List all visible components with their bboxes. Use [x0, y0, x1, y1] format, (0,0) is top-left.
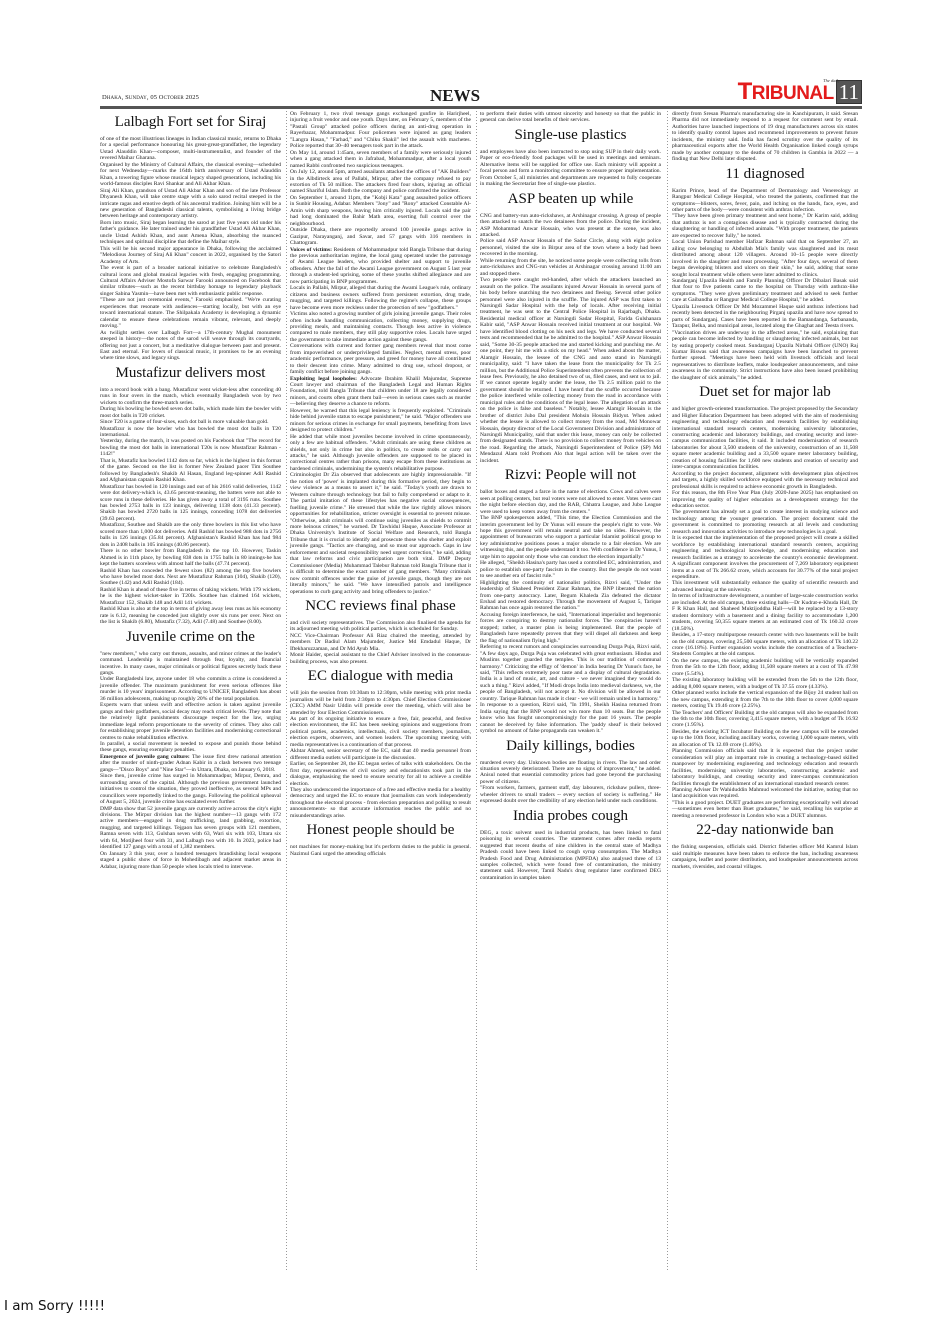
- column-divider: [286, 111, 287, 1271]
- article-paragraph: murdered every day. Unknown bodies are f…: [480, 760, 661, 786]
- article-paragraph: On January 3 this year, over a hundred t…: [100, 851, 281, 870]
- article-headline: Honest people should be: [290, 822, 471, 839]
- paragraph-text: Victims also noted a growing number of g…: [290, 311, 471, 343]
- paragraph-text: During his bowling he bowled seven dot b…: [100, 406, 281, 418]
- paragraph-text: CNG and battery-run auto-rickshaws, at A…: [480, 213, 661, 238]
- paragraph-text: On September 1, around 11pm, the "Kobji …: [290, 195, 471, 227]
- article-paragraph: Mustafizur has bowled in 120 innings and…: [100, 484, 281, 523]
- paragraph-text: The Teachers' and Officers' Building at …: [672, 710, 858, 729]
- article-paragraph: "From workers, farmers, garment staff, d…: [480, 785, 661, 804]
- article-paragraph: and civil society representatives. The C…: [290, 620, 471, 633]
- article-paragraph: The existing laboratory building will be…: [672, 677, 858, 690]
- article-paragraph: As part of its ongoing initiative to ens…: [290, 716, 471, 748]
- paragraph-text: Criminologist Dr Zia observed that adole…: [290, 472, 471, 594]
- article-paragraph: Planning Adviser Dr Wahiduddin Mahmud we…: [672, 787, 858, 800]
- paragraph-text: "Vaccination drives are underway in the …: [672, 330, 858, 381]
- logo-rest: RIBUNAL: [752, 83, 834, 104]
- paragraph-text: the fishing suspension, officials said. …: [672, 844, 858, 869]
- article-paragraph: Locals in Pallabi, Mirpur, alleged that …: [290, 285, 471, 311]
- paragraph-text: On February 1, two rival teenage gangs e…: [290, 111, 471, 149]
- logo-tagline: The daily: [823, 78, 840, 83]
- paragraph-text: Organised by the Ministry of Cultural Af…: [100, 162, 281, 187]
- header-rule: [100, 106, 862, 109]
- article-paragraph: The Teachers' and Officers' Building at …: [672, 710, 858, 729]
- paragraph-text: On January 3 this year, over a hundred t…: [100, 851, 281, 870]
- article-paragraph: This investment will substantially enhan…: [672, 580, 858, 593]
- article-paragraph: Karim Prince, head of the Department of …: [672, 188, 858, 214]
- paragraph-text: Rashid Khan is ahead of these five in te…: [100, 587, 281, 606]
- paragraph-text: NCC Vice-Chairman Professor Ali Riaz cha…: [290, 633, 471, 652]
- article-paragraph: "This is a good project. DUET graduates …: [672, 800, 858, 819]
- paragraph-text: Outside Dhaka, there are reportedly arou…: [290, 227, 471, 246]
- article-paragraph: In parallel, a social movement is needed…: [100, 741, 281, 754]
- article-paragraph: Mustafizur, Southee and Shakib are the o…: [100, 522, 281, 548]
- paragraph-text: The government has already set a goal to…: [672, 509, 858, 534]
- column-1: Lalbagh Fort set for Sirajof one of the …: [100, 111, 281, 870]
- article-paragraph: Besides, a 17-story multipurpose researc…: [672, 632, 858, 658]
- column-2: On February 1, two rival teenage gangs e…: [290, 111, 471, 857]
- article-headline: Mustafizur delivers most: [100, 365, 281, 382]
- paragraph-text: "new members," who carry out threats, as…: [100, 651, 281, 676]
- paragraph-text: Referring to recent rumors and conspirac…: [480, 644, 661, 734]
- paragraph-text: Experts warn that unless swift and effec…: [100, 702, 281, 740]
- article-paragraph: The government has already set a goal to…: [672, 509, 858, 535]
- paragraph-text: Police said ASP Anwar Hossain of the Sad…: [480, 238, 661, 257]
- paragraph-text: Yesterday, during the match, it was post…: [100, 438, 281, 457]
- paragraph-text: He alleged, "Sheikh Hasina's party has u…: [480, 560, 661, 579]
- article-paragraph: Since then, juvenile crime has surged in…: [100, 773, 281, 805]
- article-headline: ASP beaten up while: [480, 191, 661, 208]
- column-divider: [667, 111, 668, 1271]
- paragraph-text: and employees have also been instructed …: [480, 149, 661, 187]
- article-paragraph: directly from Sresan Pharma's manufactur…: [672, 111, 858, 163]
- logo-initial: T: [738, 78, 752, 105]
- article-paragraph: to perform their duties with utmost sinc…: [480, 111, 661, 124]
- article-paragraph: On September 1, around 11pm, the "Kobji …: [290, 195, 471, 227]
- article-paragraph: Criminologist Dr Zia observed that adole…: [290, 472, 471, 595]
- article-paragraph: On July 12, around 5pm, armed assailants…: [290, 169, 471, 195]
- paragraph-text: Rashid Khan has conceded the fewest sixe…: [100, 568, 281, 587]
- paragraph-text: They also underscored the importance of …: [290, 787, 471, 819]
- paragraph-text: Locals in Pallabi, Mirpur, alleged that …: [290, 285, 471, 310]
- paragraph-text: Mustafizur is now the bowler who has bow…: [100, 426, 281, 438]
- paragraph-text: On July 12, around 5pm, armed assailants…: [290, 169, 471, 194]
- paragraph-text: Rashid Khan is also at the top in terms …: [100, 606, 281, 625]
- paragraph-text: Besides, a 17-story multipurpose researc…: [672, 632, 858, 657]
- article-headline: Lalbagh Fort set for Siraj: [100, 114, 281, 131]
- article-paragraph: On February 1, two rival teenage gangs e…: [290, 111, 471, 150]
- article-paragraph: On the new campus, the existing academic…: [672, 658, 858, 677]
- paragraph-text: Under Bangladeshi law, anyone under 18 w…: [100, 676, 281, 701]
- article-headline: NCC reviews final phase: [290, 598, 471, 615]
- article-paragraph: Mustafizur is now the bowler who has bow…: [100, 426, 281, 439]
- article-paragraph: There is no other bowler from Bangladesh…: [100, 548, 281, 567]
- paragraph-text: Two people were caught red-handed, after…: [480, 277, 661, 464]
- article-paragraph: not machines for money-making but it's p…: [290, 844, 471, 857]
- paragraph-text: Local Union Parishad member Hafizar Rahm…: [672, 239, 858, 277]
- paragraph-text: "This is a good project. DUET graduates …: [672, 800, 858, 819]
- paragraph-text: DEG, a toxic solvent used in industrial …: [480, 830, 661, 881]
- article-paragraph: NCC Vice-Chairman Professor Ali Riaz cha…: [290, 633, 471, 652]
- article-paragraph: They also underscored the importance of …: [290, 787, 471, 819]
- paragraph-text: The BNP spokesperson added, "This time, …: [480, 515, 661, 560]
- paragraph-text: According to the project document, align…: [672, 471, 858, 490]
- article-paragraph: Outside Dhaka, there are reportedly arou…: [290, 227, 471, 246]
- article-paragraph: "They have been given primary treatment …: [672, 213, 858, 239]
- article-paragraph: Sundarganj Upazila Health and Family Pla…: [672, 278, 858, 304]
- article-paragraph: Highlighting the continuity of nationali…: [480, 580, 661, 612]
- article-paragraph: will join the session from 10:30am to 12…: [290, 690, 471, 716]
- paragraph-text: This will be his second major appearance…: [100, 246, 281, 265]
- tribunal-logo: The daily TRIBUNAL 11: [738, 80, 862, 104]
- paragraph-text: He added that while most juveniles becom…: [290, 434, 471, 472]
- paragraph-text: Siraj Ali Khan, grandson of Ustad Ali Ak…: [100, 188, 281, 220]
- paragraph-text: and higher growth-oriented transformatio…: [672, 406, 858, 470]
- article-paragraph: DEG, a toxic solvent used in industrial …: [480, 830, 661, 882]
- logo-wordmark: TRIBUNAL: [738, 81, 834, 104]
- article-paragraph: and higher growth-oriented transformatio…: [672, 406, 858, 471]
- article-paragraph: into a record book with a bang. Mustafiz…: [100, 387, 281, 406]
- article-paragraph: During his bowling he bowled seven dot b…: [100, 406, 281, 419]
- footer-note: I am Sorry !!!!!: [4, 1298, 105, 1314]
- article-paragraph: "new members," who carry out threats, as…: [100, 651, 281, 677]
- article-paragraph: However, he warned that this legal lenie…: [290, 408, 471, 434]
- article-paragraph: Yesterday, during the match, it was post…: [100, 438, 281, 457]
- paragraph-text: Since then, juvenile crime has surged in…: [100, 773, 281, 805]
- paragraph-text: Mustafizur, Southee and Shakib are the o…: [100, 522, 281, 547]
- article-paragraph: Besides, the existing ICT Incubator Buil…: [672, 729, 858, 748]
- paragraph-text: Mustafizur has bowled in 120 innings and…: [100, 484, 281, 522]
- column-divider: [476, 111, 477, 1271]
- paragraph-text: into a record book with a bang. Mustafiz…: [100, 387, 281, 406]
- paragraph-text: The event is part of a broader national …: [100, 265, 281, 297]
- article-paragraph: Akhtar Ahmed, senior secretary of the EC…: [290, 748, 471, 761]
- article-paragraph: Earlier, on September 28, the EC began s…: [290, 761, 471, 787]
- article-headline: Single-use plastics: [480, 127, 661, 144]
- paragraph-text: However, he warned that this legal lenie…: [290, 408, 471, 433]
- article-paragraph: In terms of infrastructure development, …: [672, 593, 858, 632]
- paragraph-text: The existing laboratory building will be…: [672, 677, 858, 689]
- newspaper-page: Dhaka, Sunday, 05 October 2025 NEWS The …: [100, 0, 862, 1280]
- article-headline: 22-day nationwide ban: [672, 822, 858, 839]
- paragraph-text: Akhtar Ahmed, senior secretary of the EC…: [290, 748, 471, 760]
- paragraph-text: For this reason, the 8th Five Year Plan …: [672, 490, 858, 509]
- paragraph-text: As twilight settles over Lalbagh Fort—a …: [100, 330, 281, 362]
- article-paragraph: For this reason, the 8th Five Year Plan …: [672, 490, 858, 509]
- article-paragraph: Upazila Livestock Officer Dr Md Mozammel…: [672, 304, 858, 330]
- paragraph-text: This investment will substantially enhan…: [672, 580, 858, 592]
- article-paragraph: Planning Commission officials said that …: [672, 748, 858, 787]
- paragraph-text: of one of the most illustrious lineages …: [100, 136, 281, 161]
- paragraph-text: Besides, the existing ICT Incubator Buil…: [672, 729, 858, 748]
- paragraph-text: directly from Sresan Pharma's manufactur…: [672, 111, 858, 162]
- article-paragraph: It is expected that the implementation o…: [672, 535, 858, 580]
- article-headline: EC dialogue with media: [290, 668, 471, 685]
- article-paragraph: Other planned works include the vertical…: [672, 690, 858, 709]
- paragraph-text: On May 14, around 1:45am, seven members …: [290, 150, 471, 169]
- article-paragraph: "These are not just ceremonial events," …: [100, 297, 281, 329]
- article-headline: Duet set for major lab: [672, 384, 858, 401]
- paragraph-text: murdered every day. Unknown bodies are f…: [480, 760, 661, 785]
- section-title: NEWS: [430, 86, 480, 106]
- article-headline: Juvenile crime on the: [100, 629, 281, 646]
- paragraph-text: Since T20 is a game of four-sixes, each …: [100, 419, 268, 425]
- paragraph-text: Accusing foreign interference, he said, …: [480, 612, 661, 644]
- paragraph-text: "They have been given primary treatment …: [672, 213, 858, 238]
- article-paragraph: Siraj Ali Khan, grandson of Ustad Ali Ak…: [100, 188, 281, 220]
- paragraph-lead: Voices of victims:: [290, 247, 332, 253]
- article-paragraph: Two people were caught red-handed, after…: [480, 277, 661, 464]
- paragraph-text: Upazila Livestock Officer Dr Md Mozammel…: [672, 304, 858, 329]
- article-paragraph: Victims also noted a growing number of g…: [290, 311, 471, 343]
- article-paragraph: and employees have also been instructed …: [480, 149, 661, 188]
- paragraph-text: and civil society representatives. The C…: [290, 620, 471, 632]
- paragraph-text: Planning Adviser Dr Wahiduddin Mahmud we…: [672, 787, 858, 799]
- article-paragraph: On May 14, around 1:45am, seven members …: [290, 150, 471, 169]
- paragraph-text: On the new campus, the existing academic…: [672, 658, 858, 677]
- article-paragraph: As twilight settles over Lalbagh Fort—a …: [100, 330, 281, 362]
- paragraph-text: That is, Mustafiz has bowled 1142 dots s…: [100, 458, 281, 483]
- article-paragraph: Monir Haider, special assistant to the C…: [290, 652, 471, 665]
- column-4: directly from Sresan Pharma's manufactur…: [672, 111, 858, 870]
- article-paragraph: Local Union Parishad member Hafizar Rahm…: [672, 239, 858, 278]
- paragraph-text: "From workers, farmers, garment staff, d…: [480, 785, 661, 804]
- article-paragraph: the fishing suspension, officials said. …: [672, 844, 858, 870]
- article-paragraph: Under Bangladeshi law, anyone under 18 w…: [100, 676, 281, 702]
- article-paragraph: While returning from the site, he notice…: [480, 258, 661, 277]
- paragraph-lead: Exploiting legal loopholes:: [290, 376, 357, 382]
- article-paragraph: Police said ASP Anwar Hossain of the Sad…: [480, 238, 661, 257]
- article-paragraph: Voices of victims: Residents of Mohammad…: [290, 247, 471, 286]
- paragraph-text: Karim Prince, head of the Department of …: [672, 188, 858, 213]
- article-paragraph: CNG and battery-run auto-rickshaws, at A…: [480, 213, 661, 239]
- article-paragraph: Born into music, Siraj began learning th…: [100, 220, 281, 246]
- paragraph-text: "These are not just ceremonial events," …: [100, 297, 281, 329]
- paragraph-text: ballot boxes and staged a farce in the n…: [480, 489, 661, 514]
- article-headline: Rizvi: People will not: [480, 467, 661, 484]
- paragraph-text: will join the session from 10:30am to 12…: [290, 690, 471, 715]
- paragraph-text: not machines for money-making but it's p…: [290, 844, 471, 856]
- paragraph-text: As part of its ongoing initiative to ens…: [290, 716, 471, 748]
- paragraph-text: Residents of Mohammadpur told Bangla Tri…: [290, 247, 471, 285]
- paragraph-text: Sundarganj Upazila Health and Family Pla…: [672, 278, 858, 303]
- article-paragraph: The BNP spokesperson added, "This time, …: [480, 515, 661, 560]
- dateline: Dhaka, Sunday, 05 October 2025: [102, 94, 199, 101]
- article-paragraph: The event is part of a broader national …: [100, 265, 281, 297]
- paragraph-text: Conversations with current and former ga…: [290, 343, 471, 375]
- article-headline: Daily killings, bodies: [480, 738, 661, 755]
- article-headline: 11 diagnosed: [672, 166, 858, 183]
- article-paragraph: Conversations with current and former ga…: [290, 343, 471, 375]
- article-paragraph: Accusing foreign interference, he said, …: [480, 612, 661, 644]
- paragraph-text: It is expected that the implementation o…: [672, 535, 858, 580]
- article-paragraph: This will be his second major appearance…: [100, 246, 281, 265]
- paragraph-text: While returning from the site, he notice…: [480, 258, 661, 277]
- paragraph-text: Monir Haider, special assistant to the C…: [290, 652, 471, 664]
- paragraph-text: to perform their duties with utmost sinc…: [480, 111, 661, 123]
- page-number: 11: [836, 80, 862, 104]
- article-paragraph: Rashid Khan is ahead of these five in te…: [100, 587, 281, 606]
- paragraph-text: In terms of infrastructure development, …: [672, 593, 858, 631]
- paragraph-text: There is no other bowler from Bangladesh…: [100, 548, 281, 567]
- paragraph-text: In parallel, a social movement is needed…: [100, 741, 281, 753]
- paragraph-lead: Emergence of juvenile gang culture:: [100, 754, 190, 760]
- article-paragraph: Organised by the Ministry of Cultural Af…: [100, 162, 281, 188]
- article-paragraph: That is, Mustafiz has bowled 1142 dots s…: [100, 458, 281, 484]
- paragraph-text: Earlier, on September 28, the EC began s…: [290, 761, 471, 786]
- article-paragraph: Exploiting legal loopholes: Advocate Ibr…: [290, 376, 471, 408]
- article-paragraph: of one of the most illustrious lineages …: [100, 136, 281, 162]
- paragraph-text: Other planned works include the vertical…: [672, 690, 858, 709]
- article-paragraph: "Vaccination drives are underway in the …: [672, 330, 858, 382]
- article-paragraph: Referring to recent rumors and conspirac…: [480, 644, 661, 734]
- article-paragraph: Rashid Khan is also at the top in terms …: [100, 606, 281, 625]
- article-paragraph: DMP data show that 52 juvenile gangs are…: [100, 806, 281, 851]
- paragraph-text: DMP data show that 52 juvenile gangs are…: [100, 806, 281, 851]
- paragraph-text: Born into music, Siraj began learning th…: [100, 220, 281, 245]
- article-paragraph: Rashid Khan has conceded the fewest sixe…: [100, 568, 281, 587]
- article-paragraph: He added that while most juveniles becom…: [290, 434, 471, 473]
- article-paragraph: According to the project document, align…: [672, 471, 858, 490]
- article-paragraph: Emergence of juvenile gang culture: The …: [100, 754, 281, 773]
- article-headline: India probes cough: [480, 808, 661, 825]
- article-paragraph: Experts warn that unless swift and effec…: [100, 702, 281, 741]
- column-3: to perform their duties with utmost sinc…: [480, 111, 661, 881]
- masthead: Dhaka, Sunday, 05 October 2025 NEWS The …: [100, 80, 862, 106]
- article-paragraph: He alleged, "Sheikh Hasina's party has u…: [480, 560, 661, 579]
- paragraph-text: Planning Commission officials said that …: [672, 748, 858, 786]
- article-paragraph: ballot boxes and staged a farce in the n…: [480, 489, 661, 515]
- paragraph-text: Highlighting the continuity of nationali…: [480, 580, 661, 612]
